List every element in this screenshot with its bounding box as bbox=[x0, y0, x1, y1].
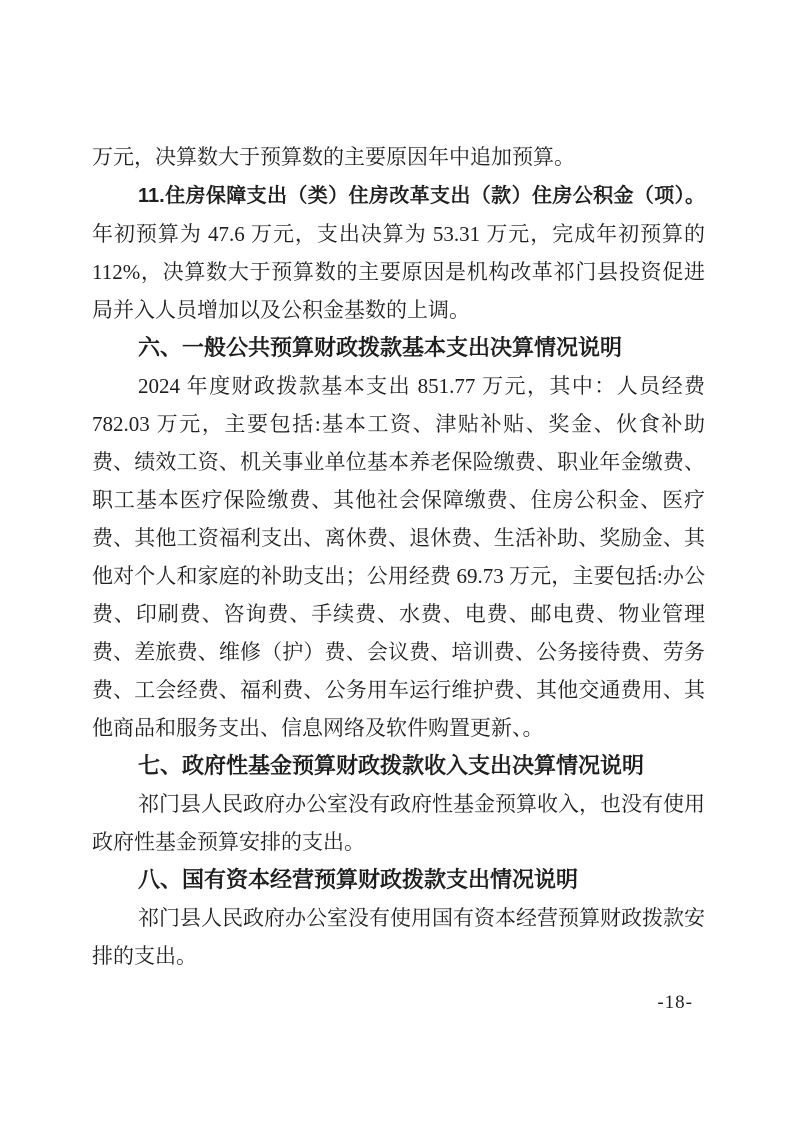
paragraph: 祁门县人民政府办公室没有使用国有资本经营预算财政拨款安排的支出。 bbox=[92, 899, 705, 975]
paragraph: 2024 年度财政拨款基本支出 851.77 万元，其中：人员经费 782.03… bbox=[92, 367, 705, 747]
page-number: -18- bbox=[657, 992, 693, 1014]
paragraph: 祁门县人民政府办公室没有政府性基金预算收入，也没有使用政府性基金预算安排的支出。 bbox=[92, 785, 705, 861]
section-heading: 八、国有资本经营预算财政拨款支出情况说明 bbox=[92, 861, 705, 899]
paragraph: 11.住房保障支出（类）住房改革支出（款）住房公积金（项）。年初预算为 47.6… bbox=[92, 176, 705, 329]
section-heading: 六、一般公共预算财政拨款基本支出决算情况说明 bbox=[92, 329, 705, 367]
paragraph-bold-lead: 11.住房保障支出（类）住房改革支出（款）住房公积金（项）。 bbox=[138, 185, 705, 207]
paragraph: 万元，决算数大于预算数的主要原因年中追加预算。 bbox=[92, 138, 705, 176]
document-body: 万元，决算数大于预算数的主要原因年中追加预算。11.住房保障支出（类）住房改革支… bbox=[92, 138, 705, 975]
section-heading: 七、政府性基金预算财政拨款收入支出决算情况说明 bbox=[92, 747, 705, 785]
document-page: 万元，决算数大于预算数的主要原因年中追加预算。11.住房保障支出（类）住房改革支… bbox=[0, 0, 793, 1122]
